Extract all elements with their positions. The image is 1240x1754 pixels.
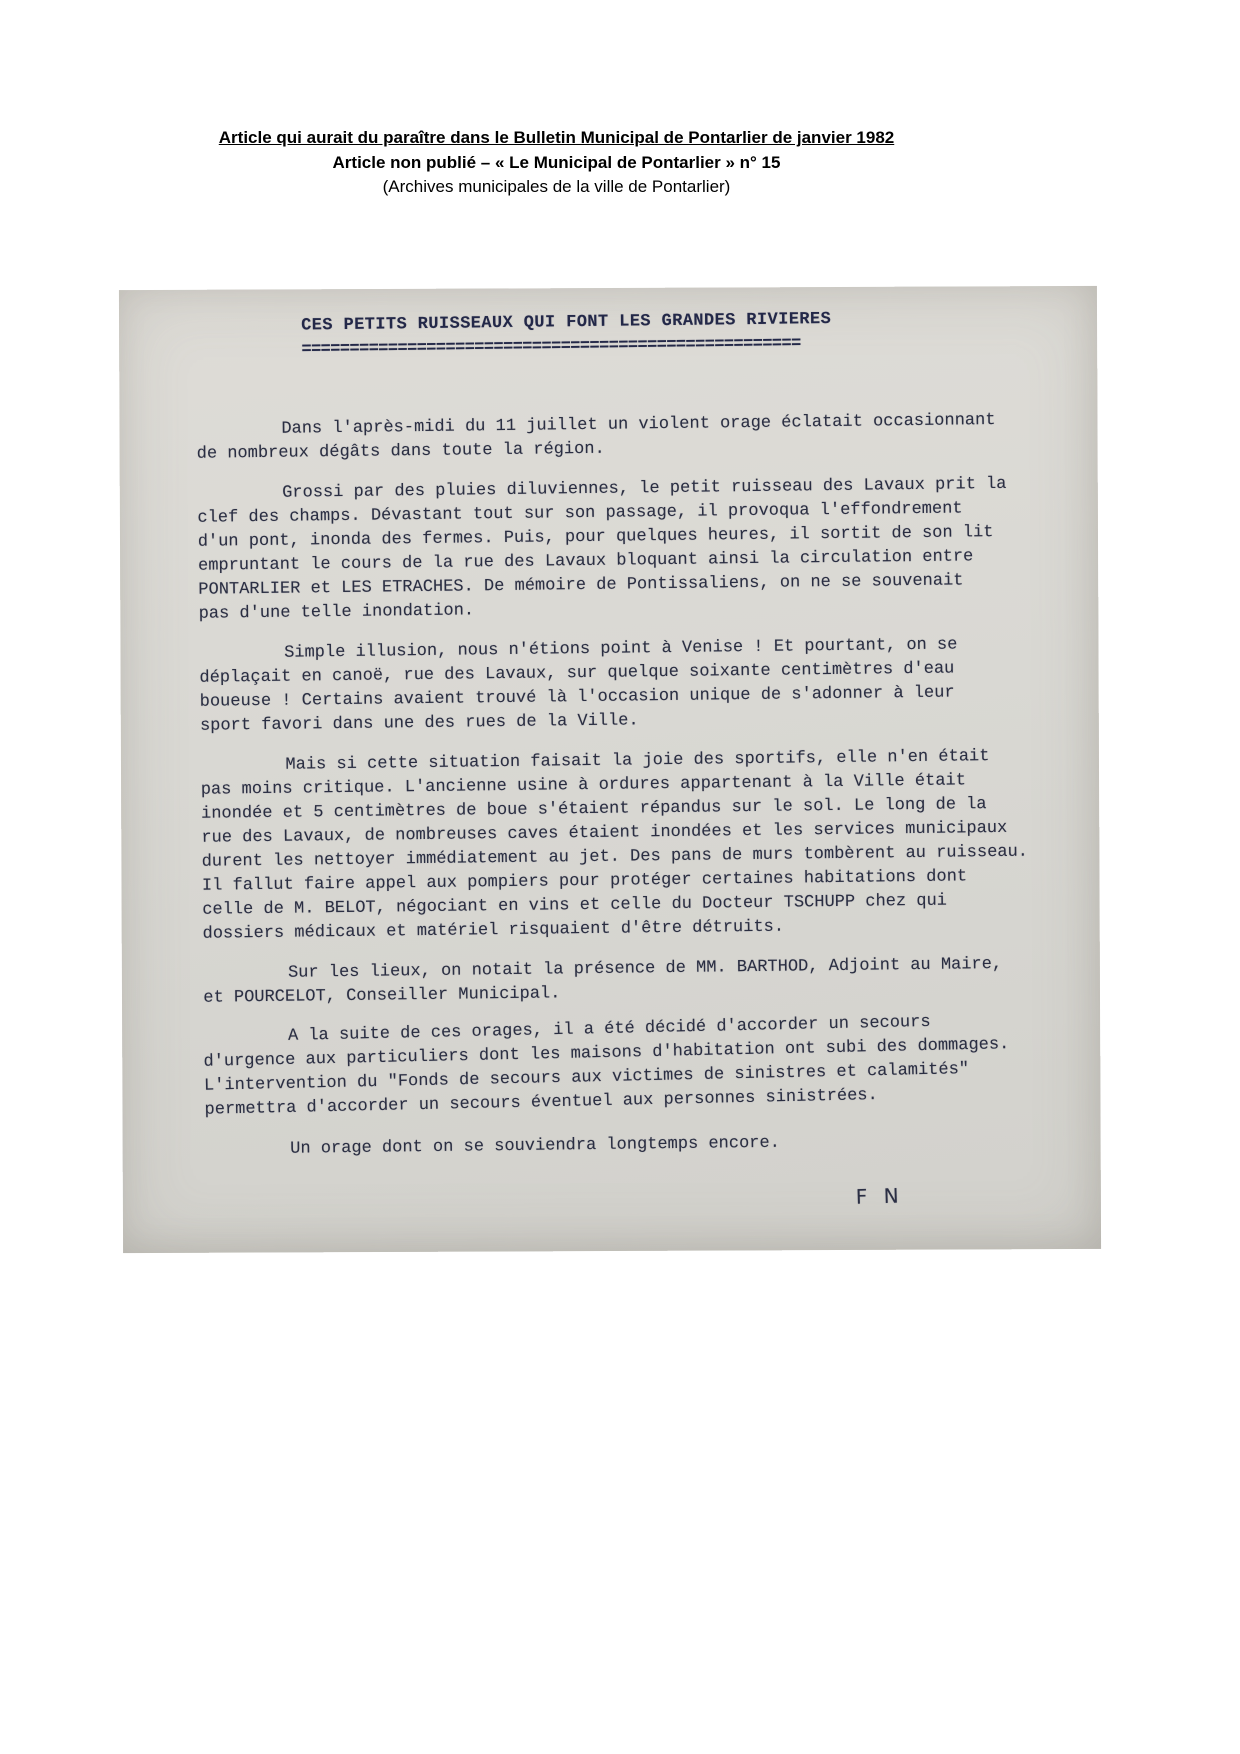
paragraph-7: Un orage dont on se souviendra longtemps…	[205, 1128, 1085, 1163]
header-subtitle: Article non publié – « Le Municipal de P…	[0, 151, 1113, 176]
document-header: Article qui aurait du paraître dans le B…	[0, 126, 1113, 200]
scanned-typewritten-page: CES PETITS RUISSEAUX QUI FONT LES GRANDE…	[119, 286, 1101, 1253]
paragraph-3: Simple illusion, nous n'étions point à V…	[199, 632, 1080, 739]
header-source: (Archives municipales de la ville de Pon…	[0, 175, 1113, 200]
paragraph-1: Dans l'après-midi du 11 juillet un viole…	[196, 408, 1077, 467]
paragraph-6: A la suite de ces orages, il a été décid…	[203, 1008, 1085, 1123]
paragraph-5: Sur les lieux, on notait la présence de …	[203, 952, 1084, 1011]
text-line: Un orage dont on se souviendra longtemps…	[205, 1128, 1085, 1163]
paragraph-4: Mais si cette situation faisait la joie …	[200, 744, 1082, 947]
document-page: Article qui aurait du paraître dans le B…	[0, 0, 1240, 1754]
typewriter-text-block: CES PETITS RUISSEAUX QUI FONT LES GRANDE…	[195, 305, 1086, 1215]
paragraph-2: Grossi par des pluies diluviennes, le pe…	[197, 472, 1079, 627]
handwritten-initials: F N	[855, 1178, 1086, 1209]
header-title: Article qui aurait du paraître dans le B…	[0, 126, 1113, 151]
